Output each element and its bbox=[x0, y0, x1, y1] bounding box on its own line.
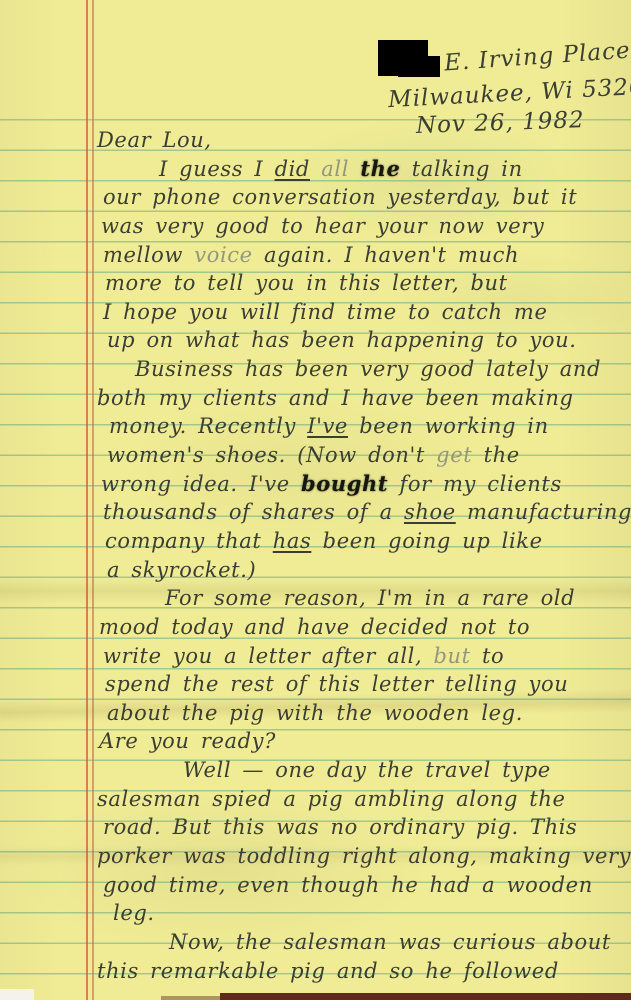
handwritten-text: was very good to hear your now very bbox=[101, 214, 544, 238]
handwritten-text: Well — one day the travel type bbox=[183, 758, 551, 782]
handwritten-text: Are you ready? bbox=[99, 729, 276, 753]
letter-page: E. Irving Place Milwaukee, Wi 53202 Nov … bbox=[0, 0, 631, 1000]
letter-line: our phone conversation yesterday, but it bbox=[97, 183, 629, 212]
handwritten-text: porker was toddling right along, making … bbox=[97, 844, 631, 868]
letter-line: For some reason, I'm in a rare old bbox=[97, 584, 629, 613]
redaction-box bbox=[398, 56, 440, 77]
handwritten-text: thousands of shares of a bbox=[103, 500, 404, 524]
letter-line: women's shoes. (Now don't get the bbox=[97, 441, 629, 470]
address-street: E. Irving Place bbox=[443, 38, 631, 77]
letter-line: both my clients and I have been making bbox=[97, 384, 629, 413]
letter-line: spend the rest of this letter telling yo… bbox=[97, 670, 629, 699]
letter-line: Business has been very good lately and bbox=[97, 355, 629, 384]
letter-line: mellow voice again. I haven't much bbox=[97, 241, 629, 270]
handwritten-text: get bbox=[436, 443, 472, 467]
letter-line: Well — one day the travel type bbox=[97, 756, 629, 785]
letter-line: company that has been going up like bbox=[97, 527, 629, 556]
handwritten-text: write you a letter after all, bbox=[103, 644, 434, 668]
letter-line: I hope you will find time to catch me bbox=[97, 298, 629, 327]
handwritten-text: spend the rest of this letter telling yo… bbox=[105, 672, 568, 696]
letter-body: Dear Lou,I guess I did all the talking i… bbox=[97, 126, 629, 985]
address-city: Milwaukee, Wi 53202 bbox=[388, 73, 631, 113]
letter-line: wrong idea. I've bought for my clients bbox=[97, 470, 629, 499]
margin-line-left bbox=[86, 0, 88, 1000]
handwritten-text: the bbox=[472, 443, 519, 467]
handwritten-text bbox=[349, 157, 360, 181]
pad-binding-edge bbox=[220, 993, 631, 1000]
background-corner bbox=[0, 989, 34, 1000]
letter-line: Dear Lou, bbox=[97, 126, 629, 155]
handwritten-text: company that bbox=[105, 529, 273, 553]
handwritten-text: For some reason, I'm in a rare old bbox=[165, 586, 575, 610]
handwritten-text: manufacturing bbox=[456, 500, 631, 524]
handwritten-text: a skyrocket.) bbox=[107, 558, 256, 582]
letter-line: more to tell you in this letter, but bbox=[97, 269, 629, 298]
handwritten-text: has bbox=[273, 529, 312, 553]
handwritten-text: but bbox=[434, 644, 471, 668]
handwritten-text: Now, the salesman was curious about bbox=[169, 930, 611, 954]
handwritten-text: mood today and have decided not to bbox=[99, 615, 530, 639]
letter-line: was very good to hear your now very bbox=[97, 212, 629, 241]
handwritten-text: talking in bbox=[400, 157, 522, 181]
handwritten-text: I hope you will find time to catch me bbox=[103, 300, 547, 324]
letter-line: I guess I did all the talking in bbox=[97, 155, 629, 184]
handwritten-text: wrong idea. I've bbox=[101, 472, 301, 496]
handwritten-text: our phone conversation yesterday, but it bbox=[103, 185, 577, 209]
handwritten-text: this remarkable pig and so he followed bbox=[97, 959, 559, 983]
letter-line: thousands of shares of a shoe manufactur… bbox=[97, 498, 629, 527]
letter-line: this remarkable pig and so he followed bbox=[97, 957, 629, 986]
handwritten-text: mellow bbox=[103, 243, 194, 267]
handwritten-text: leg. bbox=[113, 901, 155, 925]
letter-line: money. Recently I've been working in bbox=[97, 412, 629, 441]
handwritten-text: been working in bbox=[348, 414, 549, 438]
handwritten-text: to bbox=[471, 644, 505, 668]
letter-line: leg. bbox=[97, 899, 629, 928]
handwritten-text: I've bbox=[307, 414, 348, 438]
letter-line: road. But this was no ordinary pig. This bbox=[97, 813, 629, 842]
letter-line: porker was toddling right along, making … bbox=[97, 842, 629, 871]
handwritten-text: I guess I bbox=[159, 157, 275, 181]
letter-line: write you a letter after all, but to bbox=[97, 642, 629, 671]
handwritten-text: been going up like bbox=[311, 529, 542, 553]
handwritten-text: for my clients bbox=[388, 472, 562, 496]
handwritten-text: again. I haven't much bbox=[253, 243, 519, 267]
handwritten-text: shoe bbox=[404, 500, 456, 524]
handwritten-text: up on what has been happening to you. bbox=[107, 328, 577, 352]
handwritten-text: good time, even though he had a wooden bbox=[103, 873, 593, 897]
margin-line-right bbox=[92, 0, 94, 1000]
handwritten-text: road. But this was no ordinary pig. This bbox=[103, 815, 577, 839]
letter-line: salesman spied a pig ambling along the bbox=[97, 785, 629, 814]
letter-line: good time, even though he had a wooden bbox=[97, 871, 629, 900]
letter-line: a skyrocket.) bbox=[97, 556, 629, 585]
letter-line: mood today and have decided not to bbox=[97, 613, 629, 642]
handwritten-text: about the pig with the wooden leg. bbox=[107, 701, 523, 725]
handwritten-text: money. Recently bbox=[109, 414, 307, 438]
handwritten-text: women's shoes. (Now don't bbox=[107, 443, 436, 467]
letter-line: Now, the salesman was curious about bbox=[97, 928, 629, 957]
handwritten-text: both my clients and I have been making bbox=[97, 386, 574, 410]
handwritten-text: Dear Lou, bbox=[97, 128, 212, 152]
handwritten-text: the bbox=[360, 156, 400, 181]
handwritten-text: voice bbox=[194, 243, 252, 267]
handwritten-text: all bbox=[321, 157, 349, 181]
letter-line: up on what has been happening to you. bbox=[97, 326, 629, 355]
handwritten-text: bought bbox=[301, 471, 388, 496]
handwritten-text: did bbox=[275, 157, 310, 181]
handwritten-text bbox=[310, 157, 321, 181]
letter-line: Are you ready? bbox=[97, 727, 629, 756]
handwritten-text: Business has been very good lately and bbox=[135, 357, 601, 381]
handwritten-text: more to tell you in this letter, but bbox=[105, 271, 508, 295]
letter-line: about the pig with the wooden leg. bbox=[97, 699, 629, 728]
handwritten-text: salesman spied a pig ambling along the bbox=[97, 787, 565, 811]
